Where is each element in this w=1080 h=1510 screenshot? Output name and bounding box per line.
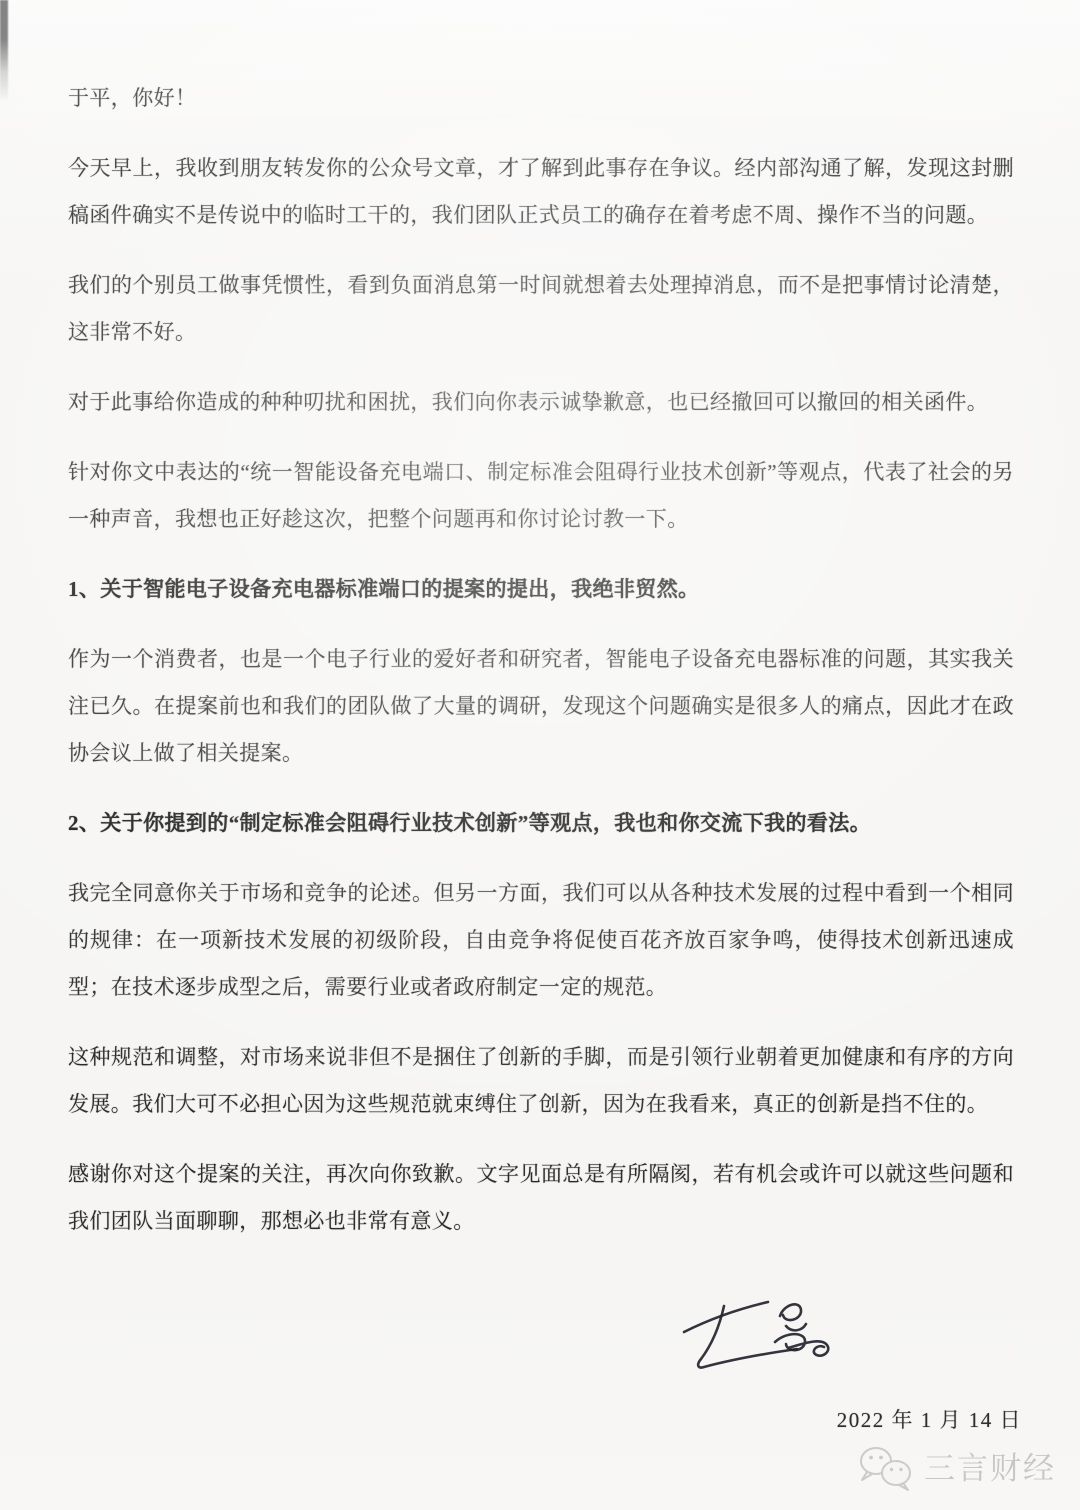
wechat-icon — [855, 1444, 915, 1492]
watermark-label: 三言财经 — [924, 1453, 1056, 1484]
letter-paragraph-6: 我完全同意你关于市场和竞争的论述。但另一方面，我们可以从各种技术发展的过程中看到… — [68, 870, 1014, 1011]
letter-paragraph-5: 作为一个消费者，也是一个电子行业的爱好者和研究者，智能电子设备充电器标准的问题，… — [68, 636, 1014, 777]
letter-body: 于平，你好！ 今天早上，我收到朋友转发你的公众号文章，才了解到此事存在争议。经内… — [68, 75, 1014, 1268]
letter-paragraph-7: 这种规范和调整，对市场来说非但不是捆住了创新的手脚，而是引领行业朝着更加健康和有… — [68, 1034, 1014, 1128]
letter-paragraph-2: 我们的个别员工做事凭惯性，看到负面消息第一时间就想着去处理掉消息，而不是把事情讨… — [68, 262, 1014, 356]
letter-date: 2022 年 1 月 14 日 — [837, 1404, 1022, 1436]
letter-paragraph-4: 针对你文中表达的“统一智能设备充电端口、制定标准会阻碍行业技术创新”等观点，代表… — [68, 449, 1014, 543]
signature-handwriting — [672, 1286, 862, 1386]
photo-edge-artifact — [0, 0, 8, 102]
letter-photo-page: 于平，你好！ 今天早上，我收到朋友转发你的公众号文章，才了解到此事存在争议。经内… — [0, 0, 1080, 1510]
signature-svg — [672, 1286, 862, 1386]
letter-paragraph-8: 感谢你对这个提案的关注，再次向你致歉。文字见面总是有所隔阂，若有机会或许可以就这… — [68, 1151, 1014, 1245]
letter-heading-1: 1、关于智能电子设备充电器标准端口的提案的提出，我绝非贸然。 — [68, 566, 1014, 613]
watermark: 三言财经 — [855, 1444, 1056, 1492]
letter-paragraph-1: 今天早上，我收到朋友转发你的公众号文章，才了解到此事存在争议。经内部沟通了解，发… — [68, 145, 1014, 239]
letter-greeting: 于平，你好！ — [68, 75, 1014, 122]
letter-heading-2: 2、关于你提到的“制定标准会阻碍行业技术创新”等观点，我也和你交流下我的看法。 — [68, 800, 1014, 847]
letter-paragraph-3: 对于此事给你造成的种种叨扰和困扰，我们向你表示诚挚歉意，也已经撤回可以撤回的相关… — [68, 379, 1014, 426]
